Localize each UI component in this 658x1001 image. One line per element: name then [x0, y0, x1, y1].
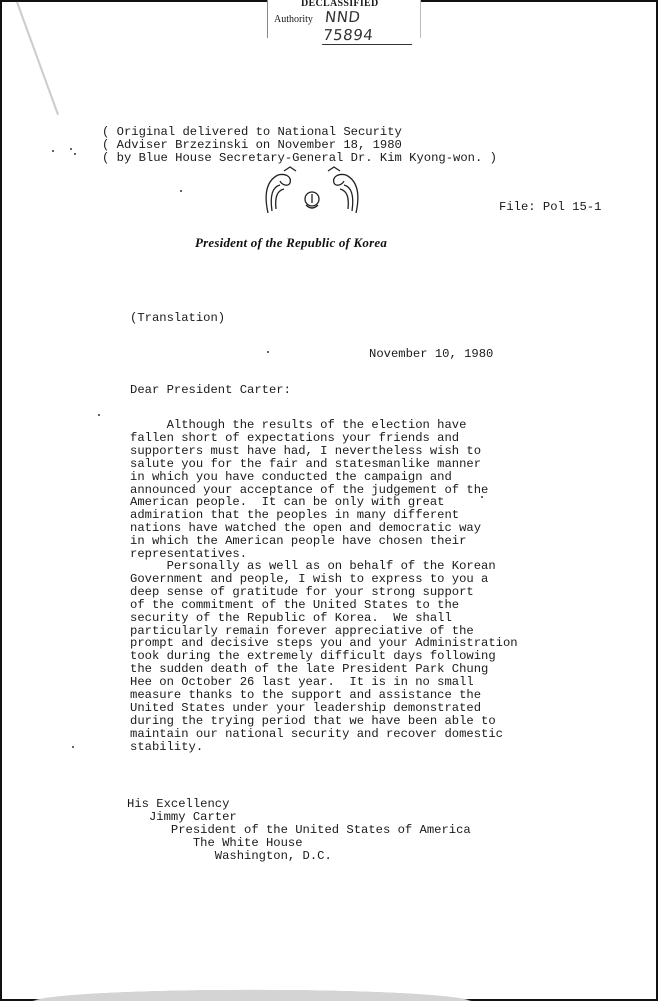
phoenix-emblem-icon	[260, 165, 364, 215]
delivery-note: ( Original delivered to National Securit…	[102, 126, 497, 165]
stamp-authority-label: Authority	[274, 14, 313, 25]
scan-speck	[180, 190, 182, 192]
translation-label: (Translation)	[130, 312, 225, 325]
declassified-stamp: DECLASSIFIED Authority NND 75894	[267, 0, 421, 38]
scan-speck	[267, 351, 269, 353]
letterhead: President of the Republic of Korea	[195, 235, 387, 251]
file-reference: File: Pol 15-1	[499, 201, 601, 214]
stamp-authority-value: NND 75894	[322, 8, 416, 45]
document-page: DECLASSIFIED Authority NND 75894 ( Origi…	[0, 0, 658, 1001]
body-paragraph-2: Personally as well as on behalf of the K…	[130, 560, 518, 754]
recipient-address: His Excellency Jimmy Carter President of…	[127, 798, 471, 863]
letter-date: November 10, 1980	[369, 348, 493, 361]
page-crease	[16, 2, 59, 115]
body-paragraph-1: Although the results of the election hav…	[130, 419, 488, 561]
scan-speck	[98, 414, 100, 416]
scan-speck	[481, 496, 483, 498]
scan-speck	[52, 150, 54, 152]
scan-speck	[72, 746, 74, 748]
salutation: Dear President Carter:	[130, 384, 291, 397]
page-curl-shadow	[2, 980, 658, 1001]
scan-speck	[70, 148, 72, 150]
scan-speck	[74, 153, 76, 155]
